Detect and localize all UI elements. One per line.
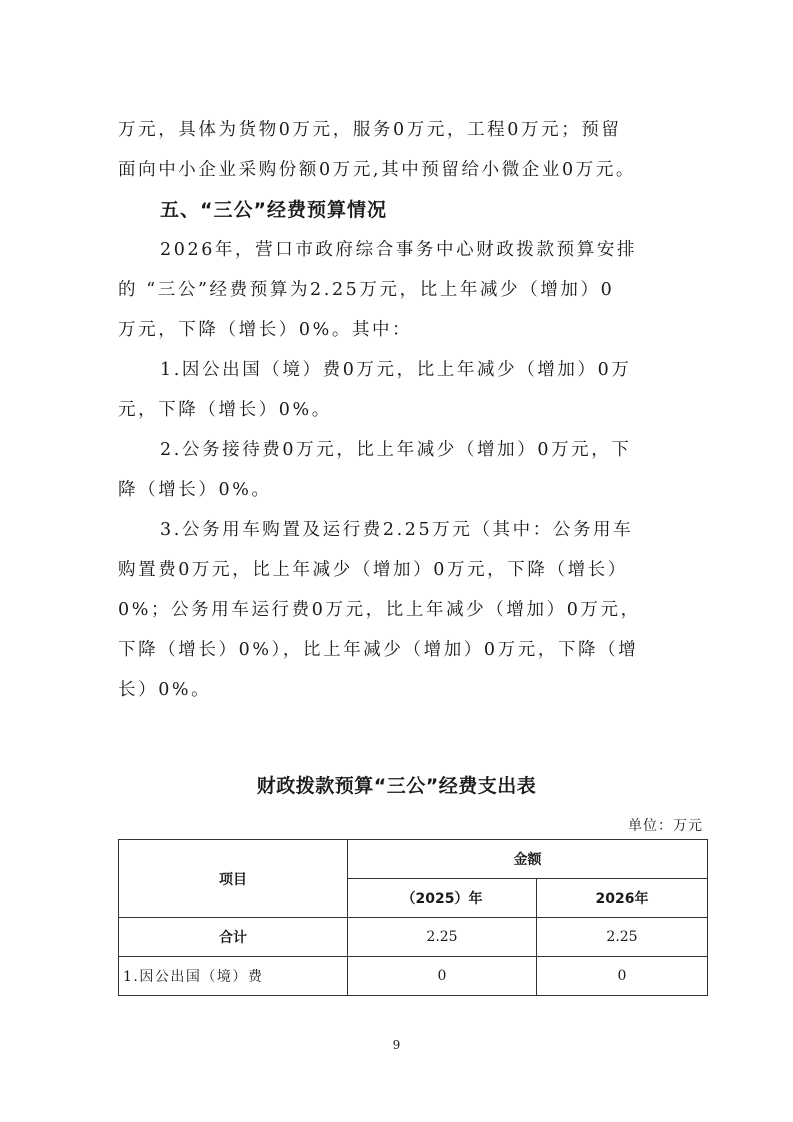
list-item-line: 0%；公务用车运行费0万元，比上年减少（增加）0万元，	[118, 598, 708, 622]
list-item-line: 3.公务用车购置及运行费2.25万元（其中：公务用车	[160, 518, 708, 542]
expense-table: 项目 金额 （2025）年 2026年 合计 2.25 2.25 1.因公出国（…	[118, 839, 708, 996]
header-curr-year: 2026年	[537, 879, 708, 918]
paragraph-line: 万元，下降（增长）0%。其中：	[118, 318, 708, 342]
row-curr: 0	[537, 957, 708, 996]
header-item: 项目	[119, 840, 348, 918]
table-row: 1.因公出国（境）费 0 0	[119, 957, 708, 996]
paragraph-line: 万元，具体为货物0万元，服务0万元，工程0万元；预留	[118, 118, 708, 142]
list-item-line: 元，下降（增长）0%。	[118, 398, 708, 422]
row-curr: 2.25	[537, 918, 708, 957]
page-number: 9	[0, 1038, 793, 1052]
table-header-row: 项目 金额	[119, 840, 708, 879]
list-item-line: 降（增长）0%。	[118, 478, 708, 502]
paragraph-line: 2026年，营口市政府综合事务中心财政拨款预算安排	[160, 238, 708, 262]
table-title: 财政拨款预算“三公”经费支出表	[0, 771, 793, 798]
list-item-line: 2.公务接待费0万元，比上年减少（增加）0万元，下	[160, 438, 708, 462]
header-prev-year: （2025）年	[348, 879, 537, 918]
list-item-line: 长）0%。	[118, 678, 708, 702]
section-heading: 五、“三公”经费预算情况	[160, 198, 708, 222]
paragraph-line: 面向中小企业采购份额0万元,其中预留给小微企业0万元。	[118, 158, 708, 182]
header-amount: 金额	[348, 840, 708, 879]
list-item-line: 下降（增长）0%），比上年减少（增加）0万元，下降（增	[118, 638, 708, 662]
paragraph-line: 的 “三公”经费预算为2.25万元，比上年减少（增加）0	[118, 278, 708, 302]
list-item-line: 1.因公出国（境）费0万元，比上年减少（增加）0万	[160, 358, 708, 382]
row-item: 1.因公出国（境）费	[119, 957, 348, 996]
list-item-line: 购置费0万元，比上年减少（增加）0万元，下降（增长）	[118, 558, 708, 582]
row-prev: 2.25	[348, 918, 537, 957]
row-item: 合计	[119, 918, 348, 957]
row-prev: 0	[348, 957, 537, 996]
table-unit: 单位：万元	[628, 815, 703, 835]
table-row: 合计 2.25 2.25	[119, 918, 708, 957]
